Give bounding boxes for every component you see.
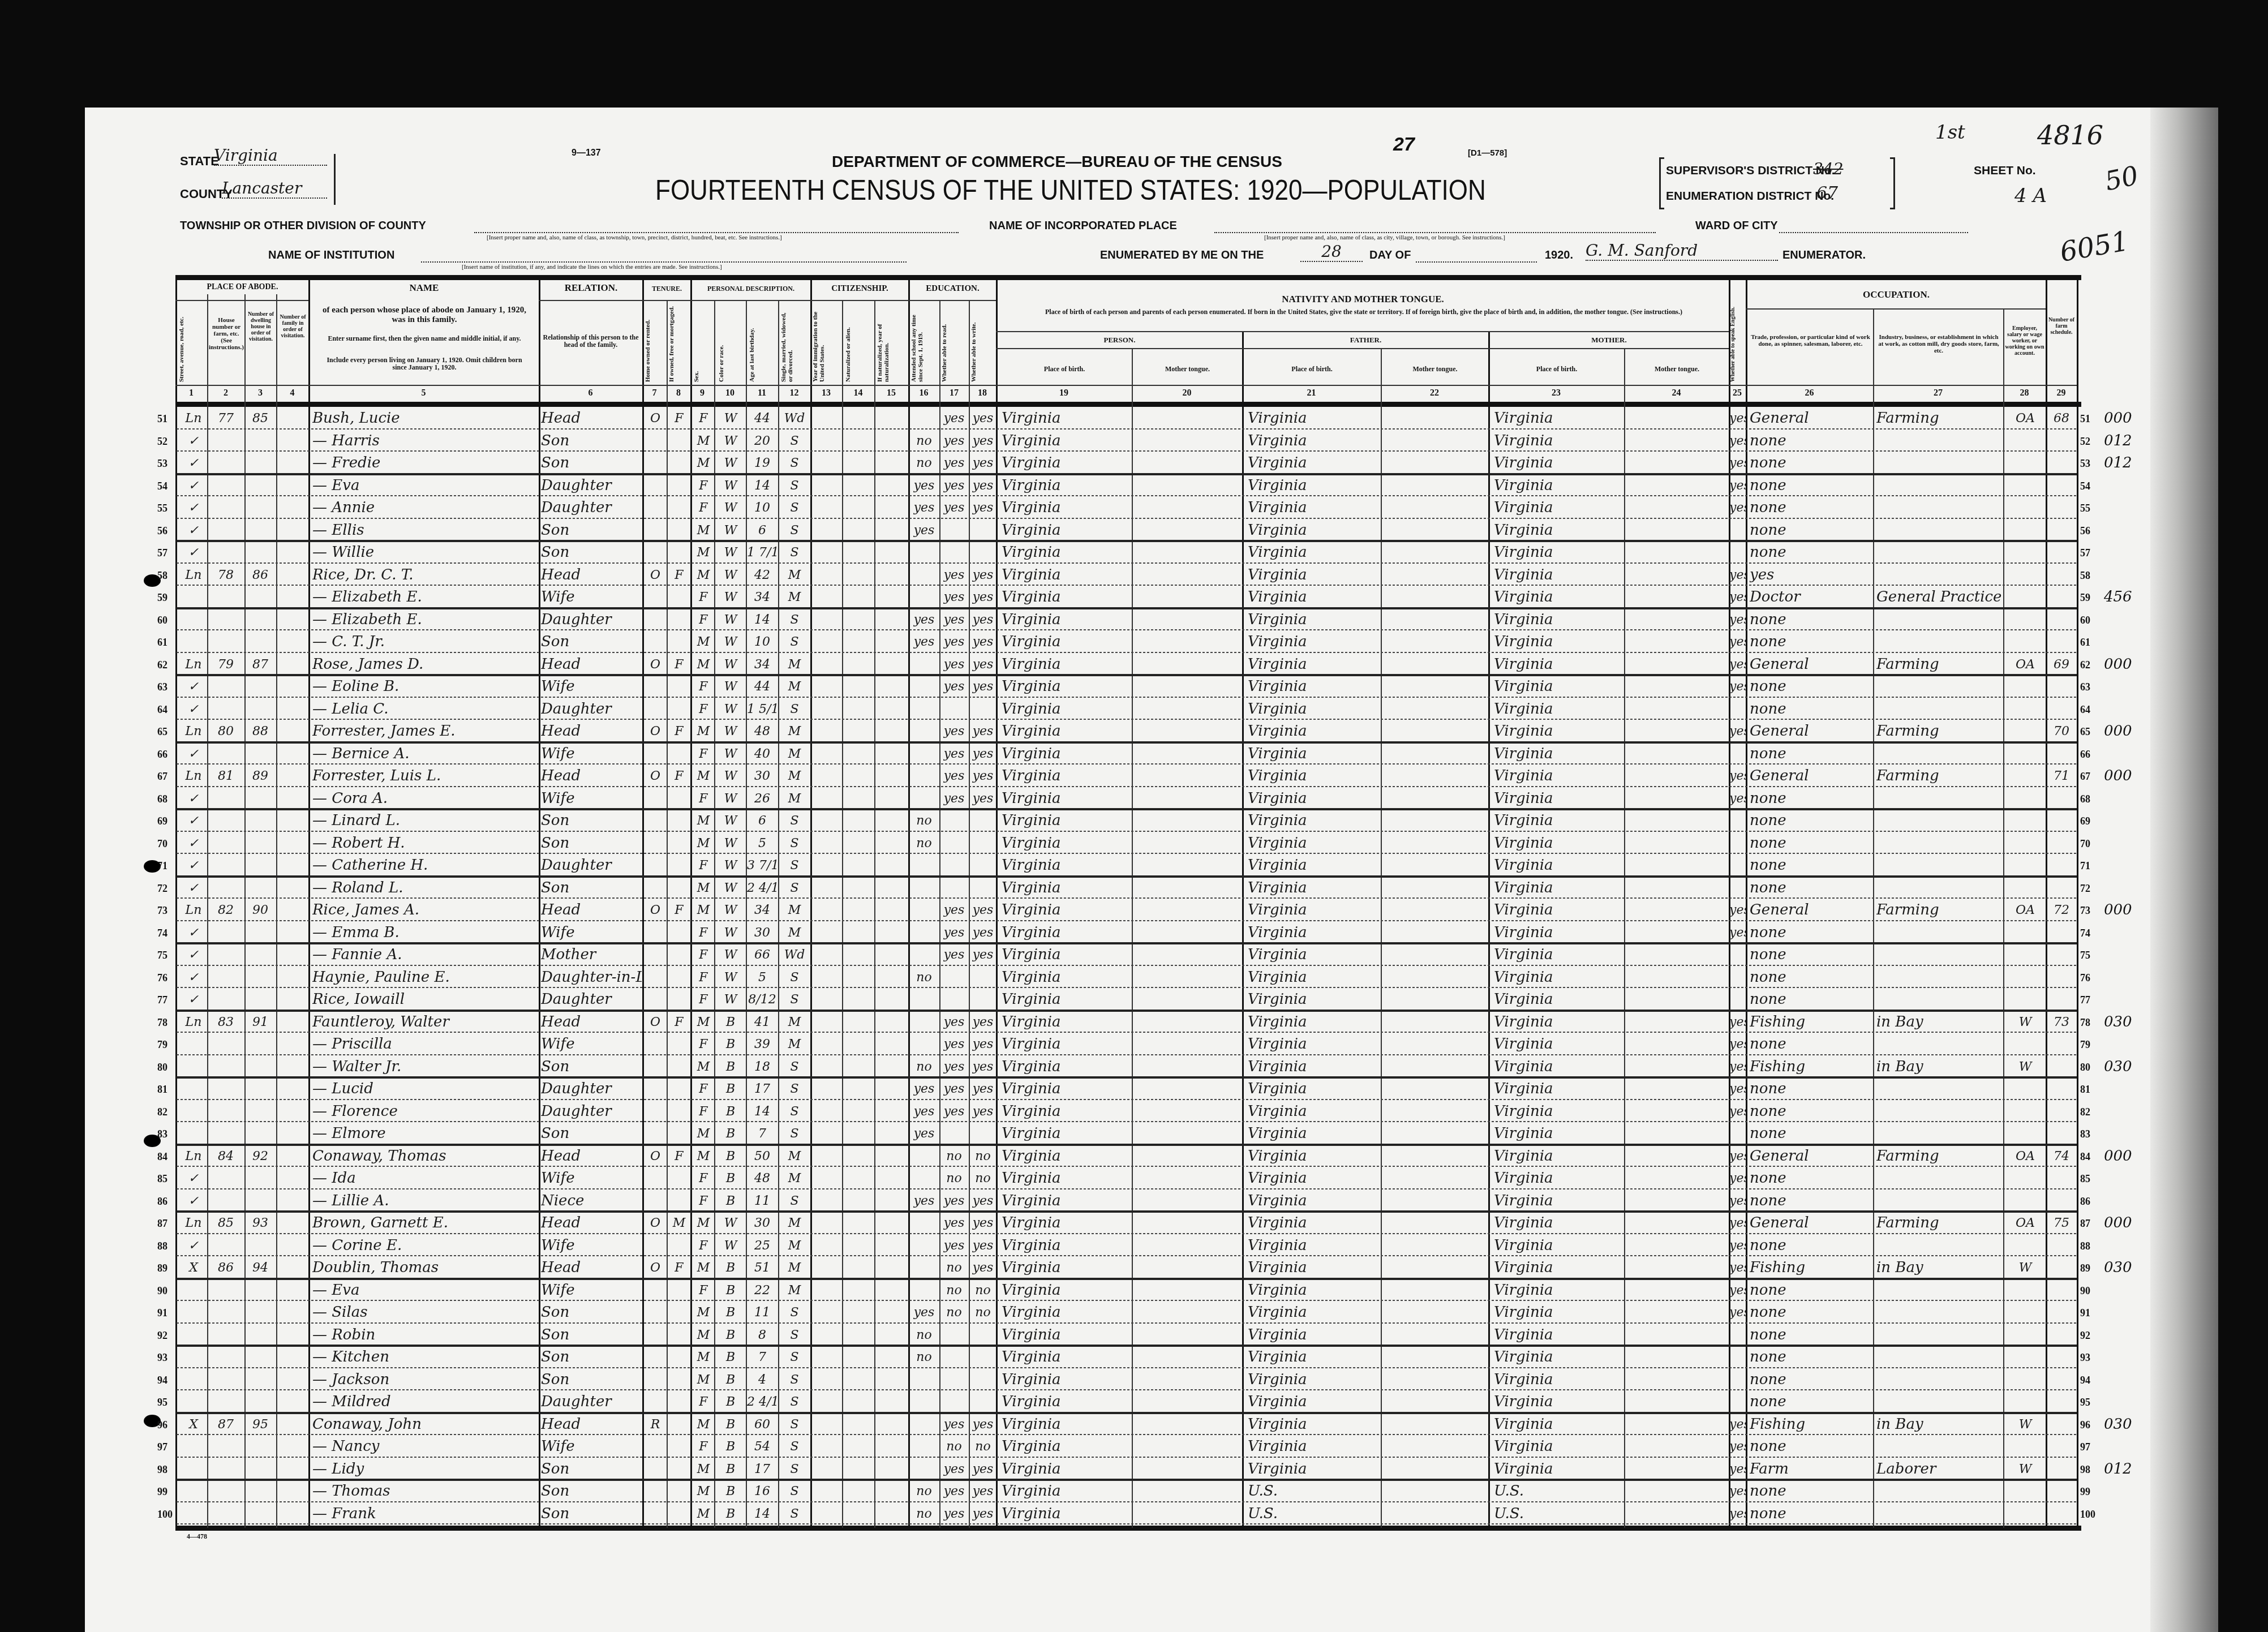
age-cell: 8/12 (747, 989, 778, 1011)
sheet-value[interactable]: 4 A (2014, 184, 2047, 207)
street-cell: Ln (180, 899, 207, 921)
mother-birthplace-cell: Virginia (1494, 654, 1623, 676)
marital-cell: M (780, 1257, 809, 1279)
home-owned-cell: O (645, 654, 665, 676)
write-cell: no (970, 1436, 996, 1458)
street-cell: ✓ (180, 1190, 207, 1212)
relation-cell: Head (541, 1145, 642, 1167)
column-number: 18 (969, 388, 996, 398)
mortgage-cell: M (669, 1212, 689, 1234)
column-number: 11 (746, 388, 778, 398)
name-cell: — Mildred (312, 1391, 538, 1413)
school-cell: no (910, 1480, 938, 1502)
race-cell: W (716, 452, 745, 474)
form-code: [D1—578] (1468, 148, 1507, 158)
line-number-left: 70 (157, 838, 167, 850)
department-title: DEPARTMENT OF COMMERCE—BUREAU OF THE CEN… (832, 153, 1282, 171)
line-number-left: 97 (157, 1441, 167, 1453)
write-cell: yes (970, 944, 996, 966)
sex-cell: F (693, 475, 714, 497)
head-street: Street, avenue, road, etc. (179, 306, 205, 382)
relation-cell: Head (541, 720, 642, 742)
marital-cell: M (780, 1011, 809, 1033)
name-cell: — Eva (312, 1279, 538, 1302)
ward-field[interactable] (1779, 225, 1968, 233)
margin-code: 000 (2104, 723, 2132, 740)
speak-english-cell: yes (1729, 1167, 1746, 1189)
father-birthplace-cell: Virginia (1248, 1011, 1379, 1033)
speak-english-cell: yes (1729, 1480, 1746, 1502)
trade-cell: Fishing (1750, 1257, 1872, 1279)
line-number-left: 87 (157, 1218, 167, 1230)
mother-birthplace-cell: Virginia (1494, 1257, 1623, 1279)
age-cell: 22 (747, 1279, 778, 1302)
relation-cell: Son (541, 832, 642, 854)
marital-cell: S (780, 519, 809, 542)
marital-cell: S (780, 1369, 809, 1391)
write-cell: yes (970, 564, 996, 586)
farm-schedule-cell: 70 (2047, 720, 2076, 742)
name-cell: — Kitchen (312, 1346, 538, 1368)
line-number-left: 77 (157, 994, 167, 1006)
line-number-left: 95 (157, 1397, 167, 1408)
relation-cell: Son (541, 1302, 642, 1324)
sex-cell: F (693, 1101, 714, 1123)
person-birthplace-cell: Virginia (1002, 430, 1131, 452)
father-birthplace-cell: Virginia (1248, 989, 1379, 1011)
age-cell: 26 (747, 788, 778, 810)
street-cell: ✓ (180, 542, 207, 564)
trade-cell: Fishing (1750, 1011, 1872, 1033)
school-cell: yes (910, 609, 938, 631)
race-cell: B (716, 1436, 745, 1458)
read-cell: no (940, 1167, 968, 1189)
person-birthplace-cell: Virginia (1002, 609, 1131, 631)
write-cell: yes (970, 1212, 996, 1234)
line-number-left: 78 (157, 1017, 167, 1029)
head-name-1: of each person whose place of abode on J… (317, 306, 532, 324)
trade-cell: none (1750, 810, 1872, 832)
head-person-tongue: Mother tongue. (1133, 366, 1242, 373)
col-rule (2077, 275, 2078, 1530)
mother-birthplace-cell: Virginia (1494, 1167, 1623, 1189)
trade-cell: General (1750, 720, 1872, 742)
trade-cell: none (1750, 542, 1872, 564)
relation-cell: Head (541, 1011, 642, 1033)
father-birthplace-cell: Virginia (1248, 1056, 1379, 1078)
read-cell: yes (940, 720, 968, 742)
race-cell: B (716, 1078, 745, 1100)
person-birthplace-cell: Virginia (1002, 542, 1131, 564)
line-number-left: 90 (157, 1285, 167, 1297)
county-field[interactable]: Lancaster (222, 179, 327, 199)
incorporated-place-label: NAME OF INCORPORATED PLACE (989, 220, 1177, 233)
enumerated-day-field[interactable]: 28 (1300, 242, 1363, 262)
name-cell: Forrester, Luis L. (312, 765, 538, 787)
marital-cell: M (780, 1212, 809, 1234)
trade-cell: none (1750, 854, 1872, 877)
school-cell: yes (910, 1123, 938, 1145)
column-number: 10 (714, 388, 746, 398)
supervisor-district-value[interactable]: 1st (1935, 121, 1965, 144)
line-number-right: 93 (2080, 1352, 2090, 1364)
mother-birthplace-cell: Virginia (1494, 586, 1623, 608)
mother-birthplace-cell: Virginia (1494, 743, 1623, 765)
race-cell: B (716, 1257, 745, 1279)
race-cell: B (716, 1346, 745, 1368)
home-owned-cell: O (645, 1212, 665, 1234)
group-nativity: NATIVITY AND MOTHER TONGUE. (997, 294, 1729, 305)
trade-cell: none (1750, 1346, 1872, 1368)
marital-cell: S (780, 1480, 809, 1502)
read-cell: no (940, 1257, 968, 1279)
race-cell: W (716, 944, 745, 966)
line-number-right: 83 (2080, 1128, 2090, 1140)
table-bottom-rule (175, 1526, 2081, 1531)
mortgage-cell: F (669, 654, 689, 676)
street-cell: Ln (180, 1145, 207, 1167)
marital-cell: S (780, 1302, 809, 1324)
line-number-left: 65 (157, 726, 167, 738)
marital-cell: S (780, 877, 809, 899)
father-birthplace-cell: Virginia (1248, 765, 1379, 787)
house-number-cell: 78 (208, 564, 243, 586)
home-owned-cell: R (645, 1414, 665, 1436)
house-number-cell: 81 (208, 765, 243, 787)
employer-class-cell: W (2006, 1458, 2044, 1480)
person-birthplace-cell: Virginia (1002, 1279, 1131, 1302)
enumerated-label: ENUMERATED BY ME ON THE (1100, 249, 1264, 262)
incorporated-place-field[interactable] (1214, 225, 1656, 233)
trade-cell: General (1750, 765, 1872, 787)
read-cell: yes (940, 631, 968, 653)
margin-code: 000 (2104, 901, 2132, 918)
name-cell: — Bernice A. (312, 743, 538, 765)
column-number: 6 (539, 388, 642, 398)
relation-cell: Daughter (541, 1101, 642, 1123)
school-cell: no (910, 1324, 938, 1346)
trade-cell: none (1750, 1101, 1872, 1123)
house-number-cell: 80 (208, 720, 243, 742)
trade-cell: General (1750, 1212, 1872, 1234)
line-number-right: 66 (2080, 749, 2090, 761)
read-cell: no (940, 1279, 968, 1302)
sex-cell: M (693, 765, 714, 787)
age-cell: 11 (747, 1190, 778, 1212)
group-education: EDUCATION. (909, 284, 996, 294)
mother-birthplace-cell: Virginia (1494, 1101, 1623, 1123)
line-number-right: 77 (2080, 994, 2090, 1006)
sex-cell: M (693, 542, 714, 564)
age-cell: 17 (747, 1078, 778, 1100)
supervisor-district-struck: 342 (1813, 160, 1843, 178)
column-number: 2 (207, 388, 244, 398)
marital-cell: M (780, 743, 809, 765)
speak-english-cell: yes (1729, 1078, 1746, 1100)
name-cell: — Eoline B. (312, 676, 538, 698)
line-number-right: 91 (2080, 1307, 2090, 1319)
month-field[interactable] (1416, 255, 1537, 263)
column-number: 19 (996, 388, 1132, 398)
mother-birthplace-cell: Virginia (1494, 430, 1623, 452)
subhead-rule (1746, 308, 2046, 310)
relation-cell: Daughter (541, 1078, 642, 1100)
speak-english-cell: yes (1729, 1503, 1746, 1525)
mother-birthplace-cell: Virginia (1494, 967, 1623, 989)
speak-english-cell: yes (1729, 922, 1746, 944)
read-cell: yes (940, 1458, 968, 1480)
write-cell: yes (970, 922, 996, 944)
mother-birthplace-cell: Virginia (1494, 1324, 1623, 1346)
sex-cell: M (693, 1123, 714, 1145)
line-number-left: 51 (157, 413, 167, 425)
name-cell: — Eva (312, 475, 538, 497)
sex-cell: M (693, 1458, 714, 1480)
read-cell: yes (940, 765, 968, 787)
read-cell: no (940, 1302, 968, 1324)
line-number-right: 89 (2080, 1262, 2090, 1274)
father-birthplace-cell: Virginia (1248, 497, 1379, 519)
marital-cell: M (780, 765, 809, 787)
race-cell: W (716, 854, 745, 877)
marital-cell: S (780, 698, 809, 720)
name-cell: — Robin (312, 1324, 538, 1346)
state-field[interactable]: Virginia (214, 146, 327, 166)
head-free-mortgaged: If owned, free or mortgaged. (669, 306, 688, 382)
mortgage-cell: F (669, 564, 689, 586)
person-birthplace-cell: Virginia (1002, 922, 1131, 944)
write-cell: yes (970, 899, 996, 921)
home-owned-cell: O (645, 1011, 665, 1033)
industry-cell: Farming (1876, 407, 2002, 430)
read-cell: no (940, 1436, 968, 1458)
line-number-left: 74 (157, 927, 167, 939)
person-birthplace-cell: Virginia (1002, 1145, 1131, 1167)
marital-cell: Wd (780, 407, 809, 430)
race-cell: W (716, 564, 745, 586)
name-cell: Rice, Iowaill (312, 989, 538, 1011)
institution-field[interactable] (421, 255, 907, 263)
line-number-right: 80 (2080, 1062, 2090, 1073)
father-birthplace-cell: Virginia (1248, 1436, 1379, 1458)
relation-cell: Head (541, 765, 642, 787)
speak-english-cell: yes (1729, 1145, 1746, 1167)
speak-english-cell: yes (1729, 1101, 1746, 1123)
age-cell: 48 (747, 1167, 778, 1189)
head-name-2: Enter surname first, then the given name… (323, 335, 526, 342)
sex-cell: F (693, 676, 714, 698)
age-cell: 30 (747, 765, 778, 787)
mortgage-cell: F (669, 765, 689, 787)
write-cell: yes (970, 1033, 996, 1055)
relation-cell: Niece (541, 1190, 642, 1212)
township-field[interactable] (474, 225, 959, 233)
farm-schedule-cell: 69 (2047, 654, 2076, 676)
trade-cell: Fishing (1750, 1056, 1872, 1078)
father-birthplace-cell: Virginia (1248, 1101, 1379, 1123)
father-birthplace-cell: Virginia (1248, 1145, 1379, 1167)
enumeration-district-value[interactable]: 67 (1816, 183, 1838, 203)
mother-birthplace-cell: Virginia (1494, 1414, 1623, 1436)
sex-cell: M (693, 1414, 714, 1436)
industry-cell: Farming (1876, 654, 2002, 676)
line-number-left: 93 (157, 1352, 167, 1364)
relation-cell: Head (541, 1212, 642, 1234)
head-relationship: Relationship of this person to the head … (542, 334, 639, 349)
person-birthplace-cell: Virginia (1002, 720, 1131, 742)
marital-cell: S (780, 1391, 809, 1413)
head-father-tongue: Mother tongue. (1382, 366, 1488, 373)
person-birthplace-cell: Virginia (1002, 1212, 1131, 1234)
race-cell: W (716, 922, 745, 944)
person-birthplace-cell: Virginia (1002, 1302, 1131, 1324)
column-number: 21 (1242, 388, 1381, 398)
marital-cell: S (780, 1123, 809, 1145)
sex-cell: F (693, 967, 714, 989)
person-birthplace-cell: Virginia (1002, 586, 1131, 608)
margin-code: 012 (2104, 1461, 2132, 1478)
sex-cell: F (693, 788, 714, 810)
father-birthplace-cell: Virginia (1248, 631, 1379, 653)
speak-english-cell: yes (1729, 765, 1746, 787)
trade-cell: none (1750, 1078, 1872, 1100)
relation-cell: Head (541, 654, 642, 676)
race-cell: W (716, 832, 745, 854)
enumerator-name-field[interactable]: G. M. Sanford (1586, 241, 1778, 261)
column-number: 28 (2003, 388, 2046, 398)
line-number-left: 94 (157, 1375, 167, 1386)
person-birthplace-cell: Virginia (1002, 810, 1131, 832)
father-birthplace-cell: Virginia (1248, 1078, 1379, 1100)
speak-english-cell: yes (1729, 654, 1746, 676)
person-birthplace-cell: Virginia (1002, 1436, 1131, 1458)
marital-cell: S (780, 497, 809, 519)
name-cell: — Roland L. (312, 877, 538, 899)
read-cell: yes (940, 497, 968, 519)
read-cell: yes (940, 1190, 968, 1212)
mother-birthplace-cell: Virginia (1494, 877, 1623, 899)
line-number-left: 100 (157, 1509, 173, 1521)
father-birthplace-cell: Virginia (1248, 542, 1379, 564)
header-bottom-rule (175, 402, 2081, 407)
marital-cell: S (780, 989, 809, 1011)
line-number-right: 96 (2080, 1419, 2090, 1431)
line-number-right: 68 (2080, 793, 2090, 805)
person-birthplace-cell: Virginia (1002, 877, 1131, 899)
age-cell: 10 (747, 631, 778, 653)
mother-birthplace-cell: Virginia (1494, 1302, 1623, 1324)
father-birthplace-cell: Virginia (1248, 1235, 1379, 1257)
father-birthplace-cell: Virginia (1248, 1033, 1379, 1055)
line-number-left: 88 (157, 1240, 167, 1252)
race-cell: W (716, 698, 745, 720)
race-cell: W (716, 430, 745, 452)
line-number-left: 68 (157, 793, 167, 805)
write-cell: yes (970, 1078, 996, 1100)
street-cell: ✓ (180, 832, 207, 854)
industry-cell: in Bay (1876, 1414, 2002, 1436)
column-number: 20 (1132, 388, 1242, 398)
supervisor-district-label: SUPERVISOR'S DISTRICT No. (1666, 164, 1835, 178)
race-cell: B (716, 1369, 745, 1391)
head-school: Attended school any time since Sept. 1, … (911, 306, 937, 382)
age-cell: 41 (747, 1011, 778, 1033)
father-birthplace-cell: Virginia (1248, 832, 1379, 854)
mortgage-cell: F (669, 1011, 689, 1033)
mother-birthplace-cell: Virginia (1494, 788, 1623, 810)
trade-cell: none (1750, 676, 1872, 698)
line-number-right: 97 (2080, 1441, 2090, 1453)
name-cell: Brown, Garnett E. (312, 1212, 538, 1234)
column-number: 27 (1873, 388, 2003, 398)
family-number-cell: 85 (246, 407, 275, 430)
home-owned-cell: O (645, 765, 665, 787)
trade-cell: none (1750, 832, 1872, 854)
state-label: STATE (180, 154, 219, 169)
line-number-right: 87 (2080, 1218, 2090, 1230)
street-cell: Ln (180, 654, 207, 676)
name-cell: — Annie (312, 497, 538, 519)
name-cell: — Priscilla (312, 1033, 538, 1055)
speak-english-cell: yes (1729, 586, 1746, 608)
marital-cell: S (780, 1414, 809, 1436)
age-cell: 60 (747, 1414, 778, 1436)
sex-cell: F (693, 944, 714, 966)
mother-birthplace-cell: Virginia (1494, 519, 1623, 542)
industry-cell: General Practice (1876, 586, 2002, 608)
employer-class-cell: W (2006, 1414, 2044, 1436)
age-cell: 7 (747, 1346, 778, 1368)
day-of-label: DAY OF (1369, 249, 1411, 262)
group-father: FATHER. (1243, 336, 1488, 344)
line-number-left: 91 (157, 1307, 167, 1319)
father-birthplace-cell: Virginia (1248, 854, 1379, 877)
relation-cell: Mother (541, 944, 642, 966)
read-cell: yes (940, 1011, 968, 1033)
head-person-pob: Place of birth. (997, 366, 1132, 373)
read-cell: yes (940, 407, 968, 430)
speak-english-cell: yes (1729, 1190, 1746, 1212)
line-number-left: 57 (157, 547, 167, 559)
age-cell: 44 (747, 407, 778, 430)
name-cell: — Fredie (312, 452, 538, 474)
sex-cell: F (693, 1078, 714, 1100)
relation-cell: Son (541, 1123, 642, 1145)
margin-code: 000 (2104, 767, 2132, 784)
house-number-cell: 77 (208, 407, 243, 430)
speak-english-cell: yes (1729, 1212, 1746, 1234)
street-cell: ✓ (180, 452, 207, 474)
street-cell: ✓ (180, 1167, 207, 1189)
margin-code: 000 (2104, 1148, 2132, 1165)
person-birthplace-cell: Virginia (1002, 1101, 1131, 1123)
home-owned-cell: O (645, 899, 665, 921)
father-birthplace-cell: Virginia (1248, 407, 1379, 430)
name-cell: — Lillie A. (312, 1190, 538, 1212)
marital-cell: Wd (780, 944, 809, 966)
head-house-number: House number or farm, etc. (See instruct… (208, 317, 244, 351)
margin-code: 000 (2104, 410, 2132, 427)
speak-english-cell: yes (1729, 1458, 1746, 1480)
relation-cell: Daughter (541, 989, 642, 1011)
read-cell: yes (940, 452, 968, 474)
father-birthplace-cell: Virginia (1248, 1302, 1379, 1324)
mother-birthplace-cell: Virginia (1494, 1346, 1623, 1368)
name-cell: — Willie (312, 542, 538, 564)
street-cell: Ln (180, 407, 207, 430)
race-cell: W (716, 765, 745, 787)
person-birthplace-cell: Virginia (1002, 1056, 1131, 1078)
